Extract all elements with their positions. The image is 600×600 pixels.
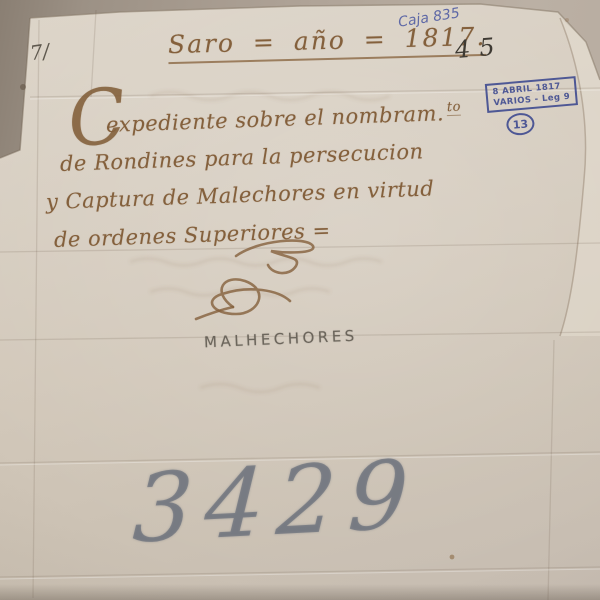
stamp-circled-number: 13: [506, 112, 536, 136]
inventory-number: 3429: [130, 440, 423, 564]
folio-mark: 7/: [28, 39, 51, 65]
manuscript-photo: 7/ Saro = año = 1817. Caja 835 45 8 ABRI…: [0, 0, 600, 600]
body-line-1-superscript: to: [447, 100, 462, 116]
corner-number: 45: [454, 32, 505, 64]
archive-stamp: 8 ABRIL 1817 VARIOS - Leg 9 13: [485, 76, 580, 138]
